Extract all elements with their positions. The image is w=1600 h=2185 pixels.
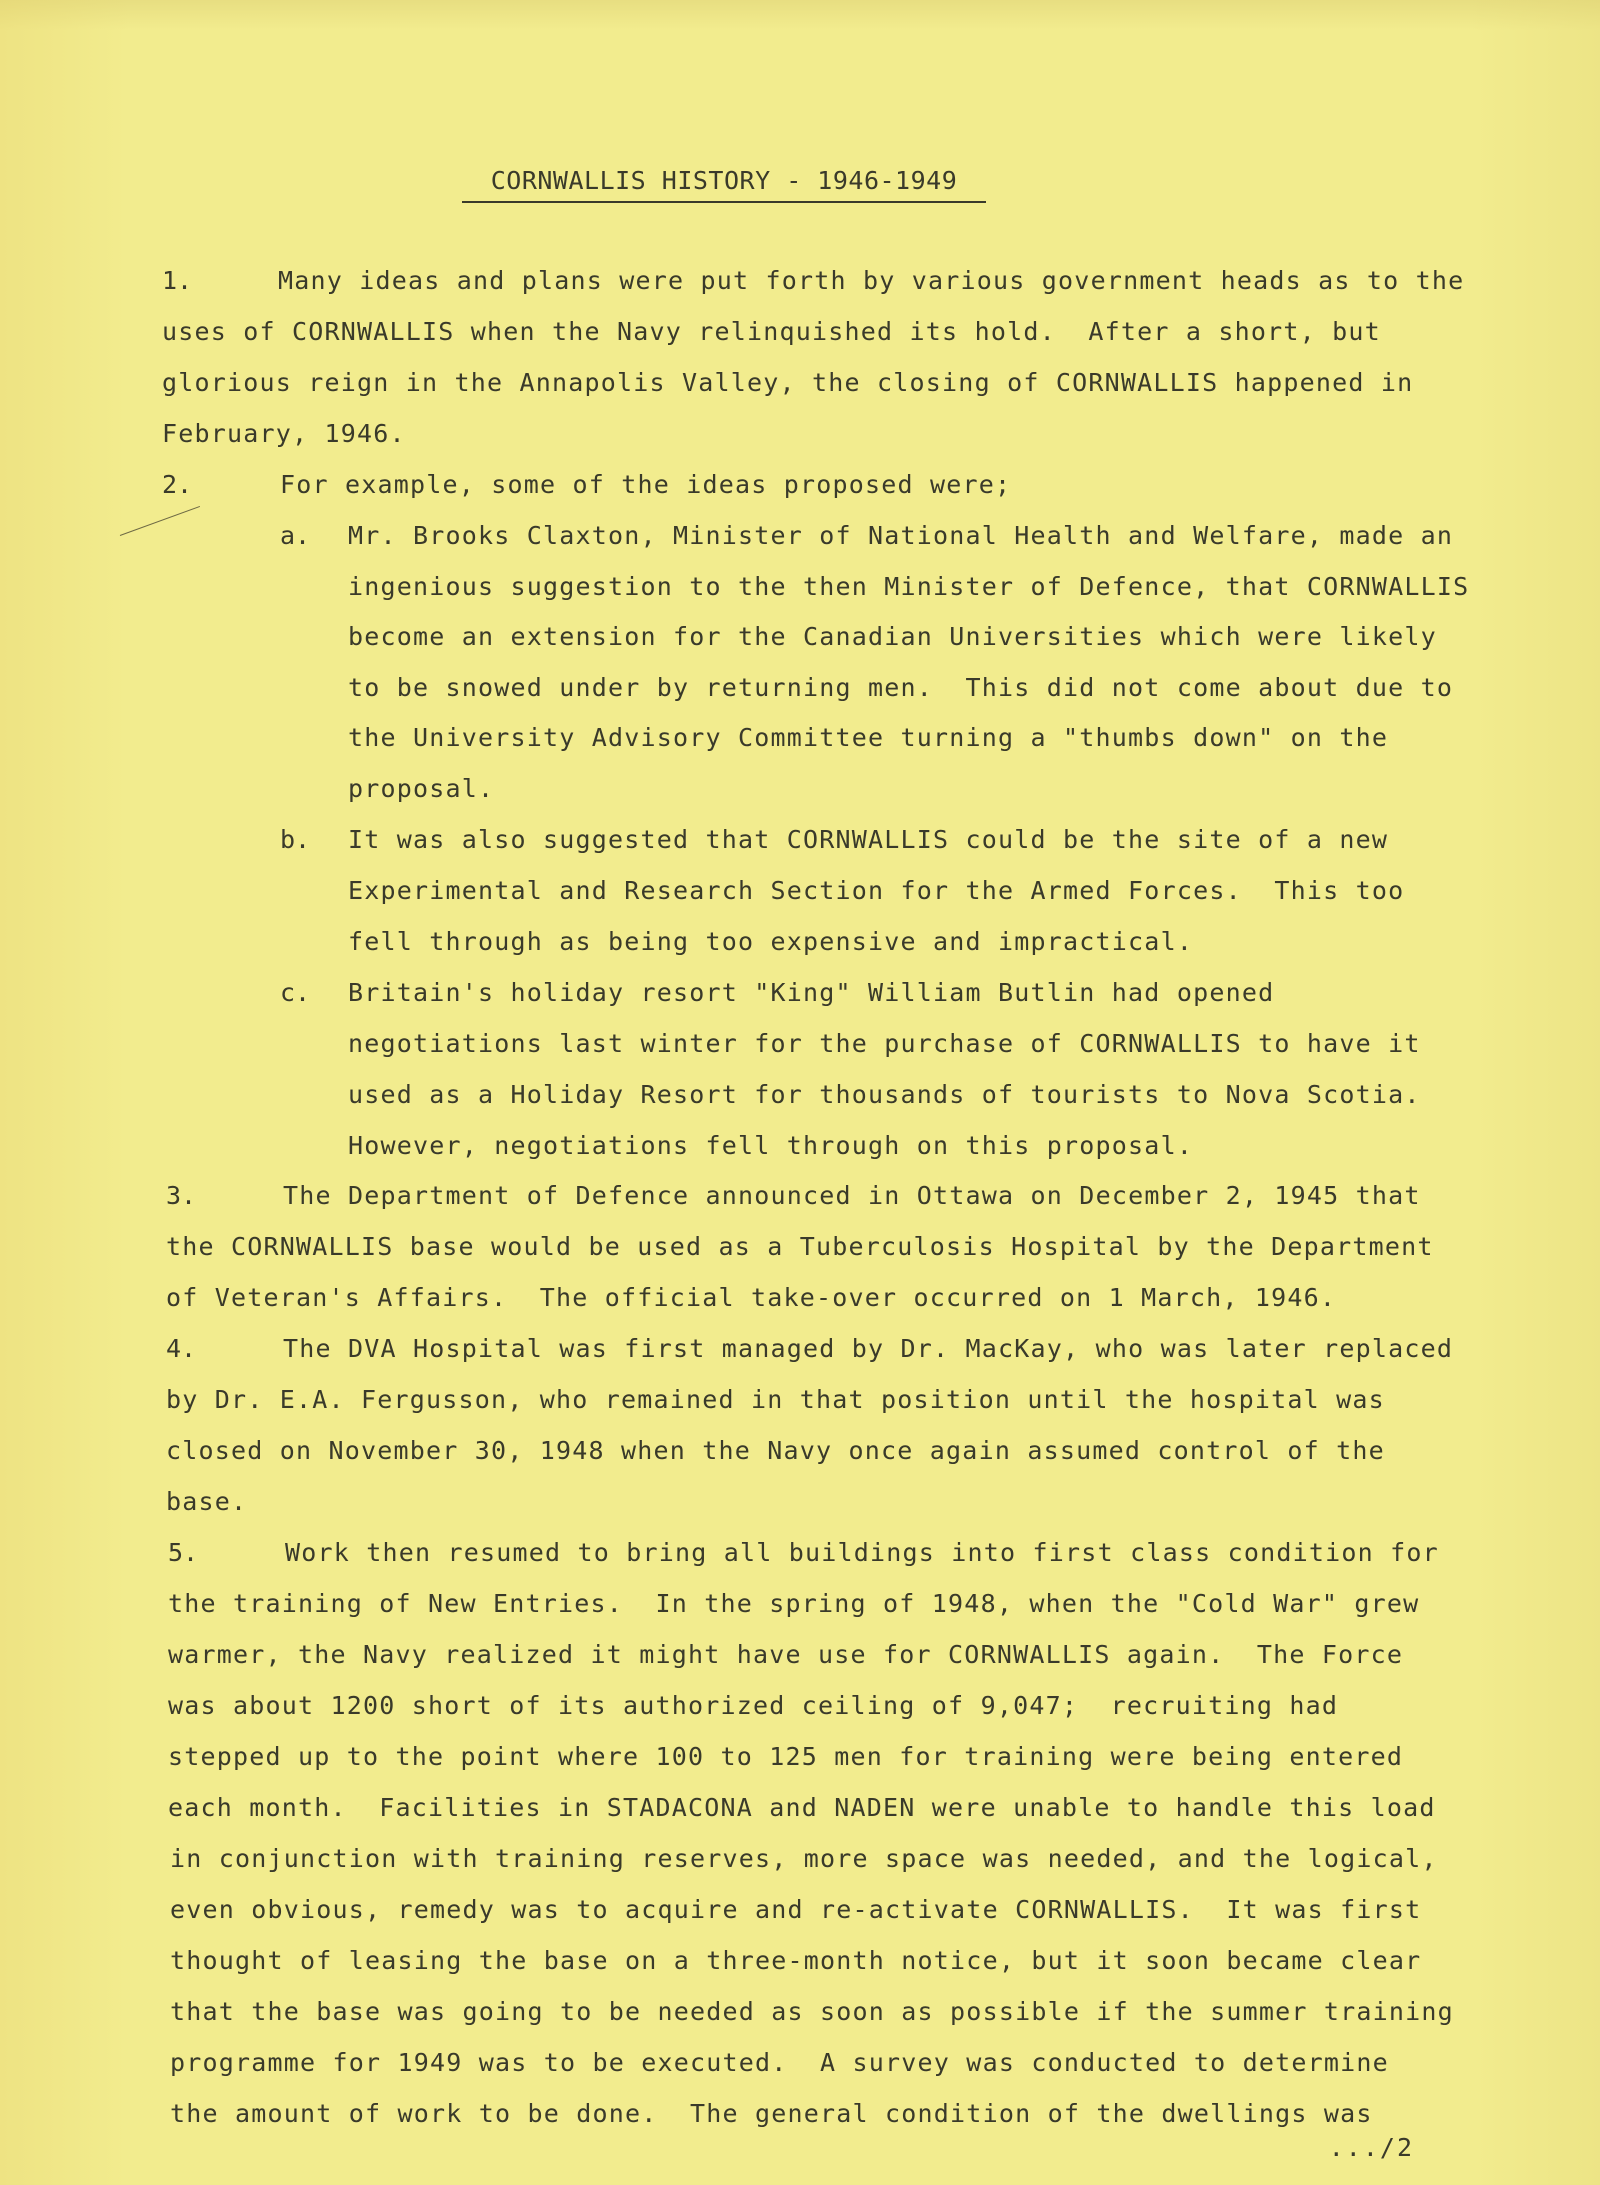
paragraph-line: was about 1200 short of its authorized c… xyxy=(168,1691,1338,1721)
paragraph-line: the training of New Entries. In the spri… xyxy=(168,1589,1419,1619)
paragraph-line: February, 1946. xyxy=(162,419,406,449)
paragraph-line: thought of leasing the base on a three-m… xyxy=(170,1946,1421,1976)
sub-item-line: Mr. Brooks Claxton, Minister of National… xyxy=(348,521,1453,551)
paragraph-line: closed on November 30, 1948 when the Nav… xyxy=(166,1436,1385,1466)
paragraph-number: 1. xyxy=(162,266,192,295)
sub-item-letter: a. xyxy=(280,521,310,550)
document-title: CORNWALLIS HISTORY - 1946-1949 xyxy=(462,166,986,203)
paragraph-line: glorious reign in the Annapolis Valley, … xyxy=(162,368,1413,398)
paragraph-line: that the base was going to be needed as … xyxy=(170,1997,1454,2027)
paragraph-number: 2. xyxy=(162,470,192,499)
paragraph-line: the CORNWALLIS base would be used as a T… xyxy=(166,1232,1434,1262)
paragraph-line: each month. Facilities in STADACONA and … xyxy=(168,1793,1436,1823)
sub-item-line: proposal. xyxy=(348,774,494,804)
sub-item-letter: b. xyxy=(280,825,310,854)
paragraph-line: base. xyxy=(166,1487,247,1517)
paragraph-number: 3. xyxy=(166,1181,196,1210)
paragraph-number: 5. xyxy=(168,1538,198,1567)
paragraph-line: even obvious, remedy was to acquire and … xyxy=(170,1895,1421,1925)
paragraph-number: 4. xyxy=(166,1334,196,1363)
page-continuation: .../2 xyxy=(1329,2133,1414,2162)
sub-item-line: used as a Holiday Resort for thousands o… xyxy=(348,1080,1421,1110)
paragraph-line: uses of CORNWALLIS when the Navy relinqu… xyxy=(162,317,1381,347)
sub-item-line: the University Advisory Committee turnin… xyxy=(348,723,1388,753)
sub-item-line: It was also suggested that CORNWALLIS co… xyxy=(348,825,1388,855)
paragraph-line: warmer, the Navy realized it might have … xyxy=(168,1640,1403,1670)
paragraph-line: in conjunction with training reserves, m… xyxy=(170,1844,1438,1874)
sub-item-line: However, negotiations fell through on th… xyxy=(348,1131,1193,1161)
paragraph-line: by Dr. E.A. Fergusson, who remained in t… xyxy=(166,1385,1385,1415)
paragraph-line: of Veteran's Affairs. The official take-… xyxy=(166,1283,1336,1313)
sub-item-line: ingenious suggestion to the then Ministe… xyxy=(348,572,1469,602)
sub-item-line: Britain's holiday resort "King" William … xyxy=(348,978,1274,1008)
sub-item-letter: c. xyxy=(280,978,310,1007)
sub-item-line: Experimental and Research Section for th… xyxy=(348,876,1404,906)
paragraph-line: programme for 1949 was to be executed. A… xyxy=(170,2048,1389,2078)
sub-item-line: fell through as being too expensive and … xyxy=(348,927,1193,957)
paragraph-line: The DVA Hospital was first managed by Dr… xyxy=(283,1334,1453,1364)
paragraph-line: Work then resumed to bring all buildings… xyxy=(285,1538,1439,1568)
paragraph-line: the amount of work to be done. The gener… xyxy=(170,2099,1373,2129)
paragraph-line: For example, some of the ideas proposed … xyxy=(280,470,1011,500)
paragraph-line: The Department of Defence announced in O… xyxy=(283,1181,1421,1211)
sub-item-line: to be snowed under by returning men. Thi… xyxy=(348,673,1453,703)
paragraph-line: Many ideas and plans were put forth by v… xyxy=(278,266,1464,296)
paragraph-line: stepped up to the point where 100 to 125… xyxy=(168,1742,1403,1772)
sub-item-line: negotiations last winter for the purchas… xyxy=(348,1029,1421,1059)
sub-item-line: become an extension for the Canadian Uni… xyxy=(348,622,1437,652)
pencil-mark xyxy=(120,506,200,536)
